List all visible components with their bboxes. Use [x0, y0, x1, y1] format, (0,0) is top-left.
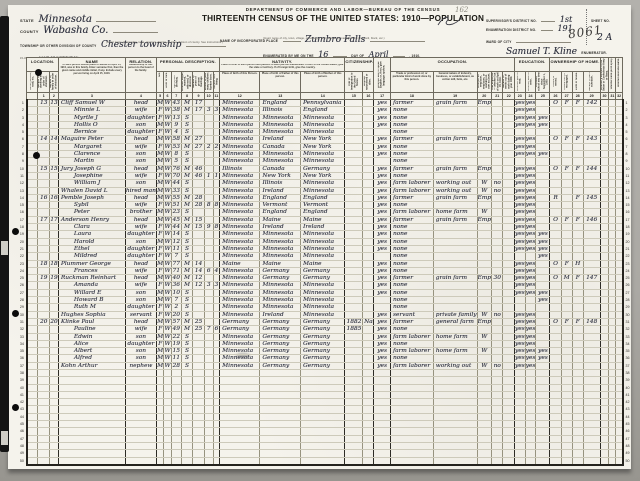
census-cell — [260, 399, 301, 406]
census-cell — [38, 406, 50, 413]
census-cell — [572, 297, 583, 304]
census-cell — [49, 187, 58, 194]
census-cell — [38, 121, 50, 128]
census-cell: Ireland — [301, 224, 345, 231]
census-cell: farm laborer — [390, 187, 433, 194]
census-cell: F — [156, 202, 163, 209]
census-cell: none — [390, 267, 433, 274]
row-number-right: 27 — [623, 289, 631, 296]
census-cell — [363, 311, 374, 318]
census-cell — [125, 406, 156, 413]
census-cell: Minnesota — [220, 282, 260, 289]
census-cell: Minnesota — [220, 202, 260, 209]
census-cell: Harold — [58, 238, 125, 245]
census-cell — [433, 297, 477, 304]
census-cell: none — [390, 231, 433, 238]
census-cell — [572, 333, 583, 340]
census-cell — [525, 304, 536, 311]
census-cell — [156, 413, 163, 420]
census-cell — [609, 413, 616, 420]
col-subhead-text: Sex. — [159, 72, 162, 77]
census-cell — [550, 121, 561, 128]
census-cell: yes — [514, 151, 525, 158]
row-number-left: 11 — [19, 172, 27, 179]
census-cell — [213, 187, 220, 194]
census-cell: Minnesota — [220, 180, 260, 187]
census-cell: 28 — [193, 194, 205, 201]
census-cell — [38, 129, 50, 136]
census-cell: none — [390, 238, 433, 245]
census-cell: farm laborer — [390, 348, 433, 355]
census-cell — [600, 413, 609, 420]
census-cell — [204, 216, 213, 223]
census-cell: Minnesota — [301, 282, 345, 289]
census-cell — [27, 318, 38, 325]
col-subhead: Number of farm schedule. — [583, 72, 600, 93]
census-cell — [583, 289, 600, 296]
census-cell: F — [156, 224, 163, 231]
census-row: 15SybilwifeFW51M2888MinnesotaVermontVerm… — [19, 202, 631, 209]
census-cell — [477, 143, 491, 150]
census-cell — [583, 180, 600, 187]
census-cell — [156, 435, 163, 442]
census-cell — [514, 406, 525, 413]
census-cell — [125, 435, 156, 442]
census-cell — [38, 267, 50, 274]
census-cell: yes — [536, 348, 550, 355]
census-cell — [204, 238, 213, 245]
census-cell — [213, 209, 220, 216]
census-cell — [477, 121, 491, 128]
census-cell: Minnesota — [260, 245, 301, 252]
census-cell — [583, 362, 600, 369]
census-cell — [477, 377, 491, 384]
census-cell: yes — [374, 267, 391, 274]
census-cell: F — [572, 165, 583, 172]
census-cell — [514, 457, 525, 465]
census-cell — [583, 333, 600, 340]
census-cell: none — [390, 326, 433, 333]
census-cell — [363, 245, 374, 252]
census-cell: wife — [125, 202, 156, 209]
census-cell — [363, 413, 374, 420]
census-cell — [572, 289, 583, 296]
census-cell: Minnesota — [220, 172, 260, 179]
census-cell — [616, 435, 623, 442]
census-cell — [49, 399, 58, 406]
census-cell — [583, 442, 600, 449]
census-cell — [536, 333, 550, 340]
census-cell — [213, 355, 220, 362]
census-cell: Kohn Arthur — [58, 362, 125, 369]
census-cell — [213, 406, 220, 413]
census-cell — [514, 377, 525, 384]
census-cell: yes — [374, 311, 391, 318]
census-cell: F — [572, 275, 583, 282]
census-cell: M — [181, 260, 193, 267]
census-cell: F — [156, 129, 163, 136]
census-cell: yes — [514, 224, 525, 231]
census-cell — [572, 267, 583, 274]
census-cell — [491, 282, 503, 289]
census-cell — [583, 348, 600, 355]
census-cell: none — [390, 260, 433, 267]
census-cell — [164, 428, 171, 435]
census-cell — [572, 172, 583, 179]
census-cell — [525, 369, 536, 376]
census-cell: F — [561, 165, 572, 172]
census-cell — [27, 421, 38, 428]
census-cell — [363, 421, 374, 428]
census-cell: M — [156, 348, 163, 355]
census-cell — [374, 369, 391, 376]
census-cell — [600, 333, 609, 340]
census-cell — [491, 297, 503, 304]
census-cell — [38, 413, 50, 420]
census-cell — [58, 421, 125, 428]
census-cell — [491, 238, 503, 245]
census-cell: F — [156, 245, 163, 252]
census-cell — [38, 369, 50, 376]
census-cell: Jury Joseph G — [58, 165, 125, 172]
census-cell: 16 — [49, 194, 58, 201]
census-cell — [616, 202, 623, 209]
census-cell: yes — [374, 333, 391, 340]
census-cell — [503, 267, 515, 274]
census-cell — [213, 318, 220, 325]
census-cell: yes — [525, 318, 536, 325]
census-cell: M — [181, 318, 193, 325]
census-cell — [27, 369, 38, 376]
row-number-left: 45 — [19, 421, 27, 428]
census-cell — [609, 297, 616, 304]
census-cell: 1885 — [345, 326, 363, 333]
census-cell: Minnesota — [260, 238, 301, 245]
census-cell — [561, 457, 572, 465]
col-subhead-text: Trade or profession of, or particular ki… — [391, 72, 433, 82]
census-cell: son — [125, 151, 156, 158]
scan-edge-notch — [1, 431, 8, 445]
census-cell — [204, 391, 213, 398]
census-cell — [204, 377, 213, 384]
census-cell — [193, 355, 205, 362]
row-number-right: 23 — [623, 260, 631, 267]
census-cell — [550, 421, 561, 428]
census-cell — [213, 362, 220, 369]
census-cell — [363, 209, 374, 216]
census-cell: M — [156, 180, 163, 187]
census-cell — [572, 377, 583, 384]
census-cell: yes — [536, 297, 550, 304]
census-cell: New York — [301, 172, 345, 179]
census-cell — [260, 442, 301, 449]
census-cell — [491, 158, 503, 165]
census-cell — [536, 267, 550, 274]
census-cell — [27, 231, 38, 238]
census-cell — [27, 377, 38, 384]
census-cell — [27, 384, 38, 391]
census-cell — [600, 158, 609, 165]
census-cell — [600, 129, 609, 136]
census-cell — [49, 442, 58, 449]
census-cell: yes — [374, 136, 391, 143]
census-cell — [363, 333, 374, 340]
census-cell: farm laborer — [390, 333, 433, 340]
census-cell: 12 — [193, 275, 205, 282]
census-cell — [171, 435, 181, 442]
census-cell — [193, 129, 205, 136]
census-cell: son — [125, 333, 156, 340]
census-cell: yes — [514, 172, 525, 179]
row-number-left: 2 — [19, 107, 27, 114]
census-cell — [27, 311, 38, 318]
census-cell: working out — [433, 187, 477, 194]
census-cell — [600, 348, 609, 355]
census-cell: W — [164, 202, 171, 209]
census-cell: Minnesota — [301, 231, 345, 238]
census-cell — [616, 129, 623, 136]
col-number: 12 — [220, 93, 260, 100]
census-cell — [491, 377, 503, 384]
census-cell — [38, 435, 50, 442]
census-cell — [525, 391, 536, 398]
census-cell: England — [301, 194, 345, 201]
census-cell: Sybil — [58, 202, 125, 209]
census-cell — [600, 391, 609, 398]
census-cell — [374, 304, 391, 311]
census-cell: M — [156, 260, 163, 267]
census-cell — [164, 435, 171, 442]
census-row: 251919Ruckman ReinhartheadMW40M12Minneso… — [19, 275, 631, 282]
census-cell: Germany — [260, 348, 301, 355]
census-cell: F — [561, 260, 572, 267]
census-cell: Germany — [301, 318, 345, 325]
census-cell — [27, 100, 38, 107]
census-cell — [58, 428, 125, 435]
col-subhead-text: Number of weeks out of work during year … — [503, 72, 514, 91]
census-cell — [363, 275, 374, 282]
census-cell — [156, 406, 163, 413]
census-cell: 14 — [38, 136, 50, 143]
census-cell — [345, 435, 363, 442]
census-cell — [433, 231, 477, 238]
col-group-desc: Whether a survivor of the Union or Confe… — [601, 58, 609, 92]
census-cell — [213, 450, 220, 457]
row-number-left: 7 — [19, 143, 27, 150]
census-cell: yes — [525, 194, 536, 201]
col-number: 19 — [433, 93, 477, 100]
census-cell — [204, 129, 213, 136]
census-row: 3838 — [19, 369, 631, 376]
census-cell: F — [561, 100, 572, 107]
col-subhead-text: Place of birth of this Person. — [220, 72, 259, 76]
census-cell — [561, 304, 572, 311]
census-row: 4444 — [19, 413, 631, 420]
census-cell — [38, 238, 50, 245]
census-cell — [156, 391, 163, 398]
census-cell: W — [164, 158, 171, 165]
census-cell: yes — [374, 318, 391, 325]
census-cell — [491, 369, 503, 376]
census-cell: yes — [514, 355, 525, 362]
census-cell — [572, 340, 583, 347]
row-number-left: 34 — [19, 340, 27, 347]
census-cell — [433, 377, 477, 384]
census-cell: son — [125, 180, 156, 187]
census-cell — [27, 399, 38, 406]
census-cell — [49, 238, 58, 245]
census-row: 4747 — [19, 435, 631, 442]
census-cell — [525, 457, 536, 465]
census-cell: yes — [525, 172, 536, 179]
census-cell — [609, 100, 616, 107]
census-cell — [503, 143, 515, 150]
census-cell: M — [181, 136, 193, 143]
census-cell: 3 — [213, 107, 220, 114]
census-cell — [433, 406, 477, 413]
census-cell — [600, 172, 609, 179]
census-cell — [301, 391, 345, 398]
census-cell — [433, 224, 477, 231]
census-cell — [550, 377, 561, 384]
census-cell — [213, 245, 220, 252]
census-cell: yes — [525, 333, 536, 340]
census-cell — [616, 231, 623, 238]
census-cell: none — [390, 245, 433, 252]
census-cell — [561, 333, 572, 340]
census-cell — [345, 180, 363, 187]
census-cell: Minnesota — [260, 304, 301, 311]
census-cell — [536, 275, 550, 282]
census-cell — [583, 114, 600, 121]
census-cell — [600, 304, 609, 311]
row-number-left: 41 — [19, 391, 27, 398]
census-cell — [616, 450, 623, 457]
census-cell — [125, 428, 156, 435]
census-cell — [583, 384, 600, 391]
col-subhead: Number of family in order of visitation. — [49, 72, 58, 93]
census-cell — [49, 326, 58, 333]
census-cell — [491, 450, 503, 457]
census-cell — [220, 391, 260, 398]
census-cell — [390, 369, 433, 376]
census-cell: yes — [514, 209, 525, 216]
census-cell: Germany — [220, 318, 260, 325]
census-cell — [301, 384, 345, 391]
census-cell: yes — [536, 121, 550, 128]
census-cell — [503, 311, 515, 318]
census-cell — [572, 151, 583, 158]
census-cell — [600, 369, 609, 376]
census-cell: Hollis O — [58, 121, 125, 128]
census-cell: 13 — [49, 100, 58, 107]
census-cell: M — [181, 202, 193, 209]
census-cell — [536, 202, 550, 209]
col-group-desc: Whether deaf and dumb. — [618, 58, 621, 87]
census-cell — [477, 355, 491, 362]
census-cell — [536, 377, 550, 384]
census-cell — [374, 377, 391, 384]
row-number-right: 14 — [623, 194, 631, 201]
col-subhead: Owned or rented. — [550, 72, 561, 93]
census-cell — [390, 384, 433, 391]
census-cell — [345, 413, 363, 420]
census-cell — [345, 450, 363, 457]
census-cell — [213, 216, 220, 223]
census-cell — [600, 231, 609, 238]
census-row: 35AlbertsonMW15SMinnesotaGermanyGermanyy… — [19, 348, 631, 355]
census-cell: F — [156, 340, 163, 347]
census-cell — [477, 129, 491, 136]
census-cell — [583, 238, 600, 245]
census-cell — [503, 442, 515, 449]
census-cell — [27, 238, 38, 245]
census-row: 9MartinsonMW5SMinnesotaMinnesotaMinnesot… — [19, 158, 631, 165]
census-cell — [491, 421, 503, 428]
census-cell: yes — [525, 180, 536, 187]
census-cell — [583, 326, 600, 333]
census-cell: M — [156, 158, 163, 165]
census-cell: S — [181, 180, 193, 187]
census-cell — [616, 253, 623, 260]
census-cell: Minnesota — [220, 151, 260, 158]
col-group-label: OCCUPATION. — [391, 58, 514, 64]
census-cell — [572, 362, 583, 369]
census-cell — [204, 151, 213, 158]
census-cell — [525, 428, 536, 435]
census-cell — [204, 369, 213, 376]
census-cell: Minnesota — [220, 362, 260, 369]
census-cell — [609, 107, 616, 114]
census-cell — [600, 151, 609, 158]
census-cell — [572, 428, 583, 435]
census-cell — [609, 369, 616, 376]
census-cell: Minnesota — [220, 311, 260, 318]
census-cell — [374, 399, 391, 406]
census-cell: 51 — [171, 202, 181, 209]
census-cell — [616, 267, 623, 274]
census-cell: daughter — [125, 304, 156, 311]
row-number-left: 33 — [19, 333, 27, 340]
census-cell — [345, 187, 363, 194]
census-cell — [572, 202, 583, 209]
census-cell — [193, 289, 205, 296]
census-cell — [58, 391, 125, 398]
census-cell — [433, 369, 477, 376]
census-cell — [600, 260, 609, 267]
census-cell — [491, 245, 503, 252]
census-cell — [363, 391, 374, 398]
col-subhead-text: Attended school any time since September… — [536, 72, 549, 91]
col-number: 16 — [363, 93, 374, 100]
census-cell — [27, 282, 38, 289]
row-number-right: 20 — [623, 238, 631, 245]
census-cell — [213, 340, 220, 347]
census-cell: Minnesota — [301, 187, 345, 194]
census-cell — [561, 172, 572, 179]
census-cell: 77 — [171, 260, 181, 267]
census-row: 24FranceswifeFW71M1464MinnesotaGermanyGe… — [19, 267, 631, 274]
census-cell — [363, 172, 374, 179]
census-cell — [514, 413, 525, 420]
census-cell — [503, 172, 515, 179]
census-cell — [609, 406, 616, 413]
census-cell — [49, 158, 58, 165]
row-number-left: 42 — [19, 399, 27, 406]
col-number: 20 — [477, 93, 491, 100]
census-cell: M — [156, 297, 163, 304]
census-cell — [433, 282, 477, 289]
